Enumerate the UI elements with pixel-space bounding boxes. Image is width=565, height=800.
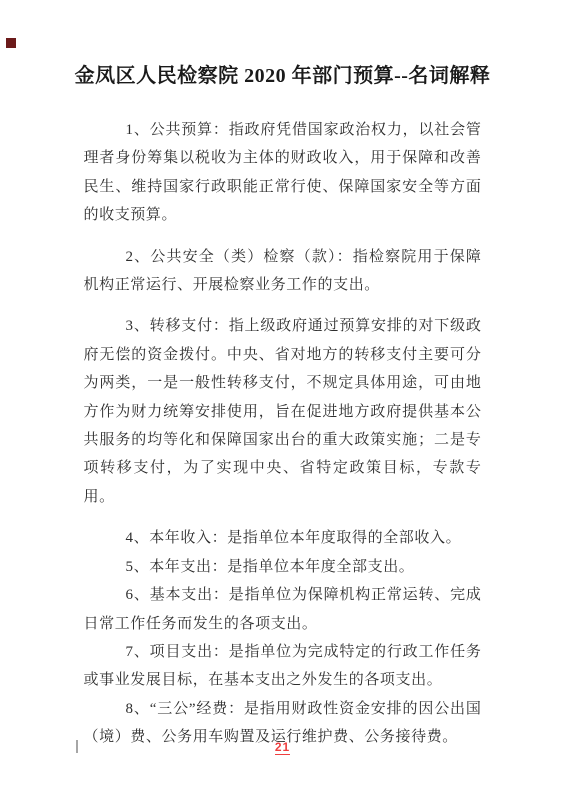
definition-paragraph-annual-expenditure: 5、本年支出：是指单位本年度全部支出。 — [84, 553, 482, 581]
page-title: 金凤区人民检察院 2020 年部门预算--名词解释 — [0, 0, 565, 90]
definition-paragraph-project-expenditure: 7、项目支出：是指单位为完成特定的行政工作任务或事业发展目标，在基本支出之外发生… — [84, 638, 482, 695]
page-footer: 21 — [0, 738, 565, 756]
document-body: 1、公共预算：指政府凭借国家政治权力，以社会管理者身份筹集以税收为主体的财政收入… — [84, 116, 482, 752]
definition-paragraph-public-security: 2、公共安全（类）检察（款）：指检察院用于保障机构正常运行、开展检察业务工作的支… — [84, 243, 482, 300]
definition-paragraph-transfer-payment: 3、转移支付：指上级政府通过预算安排的对下级政府无偿的资金拨付。中央、省对地方的… — [84, 312, 482, 511]
document-page: 金凤区人民检察院 2020 年部门预算--名词解释 1、公共预算：指政府凭借国家… — [0, 0, 565, 800]
definition-paragraph-basic-expenditure: 6、基本支出：是指单位为保障机构正常运转、完成日常工作任务而发生的各项支出。 — [84, 581, 482, 638]
page-number: 21 — [275, 740, 290, 755]
definition-paragraph-public-budget: 1、公共预算：指政府凭借国家政治权力，以社会管理者身份筹集以税收为主体的财政收入… — [84, 116, 482, 230]
scan-artifact-mark — [6, 38, 16, 48]
definition-paragraph-annual-income: 4、本年收入：是指单位本年度取得的全部收入。 — [84, 524, 482, 552]
